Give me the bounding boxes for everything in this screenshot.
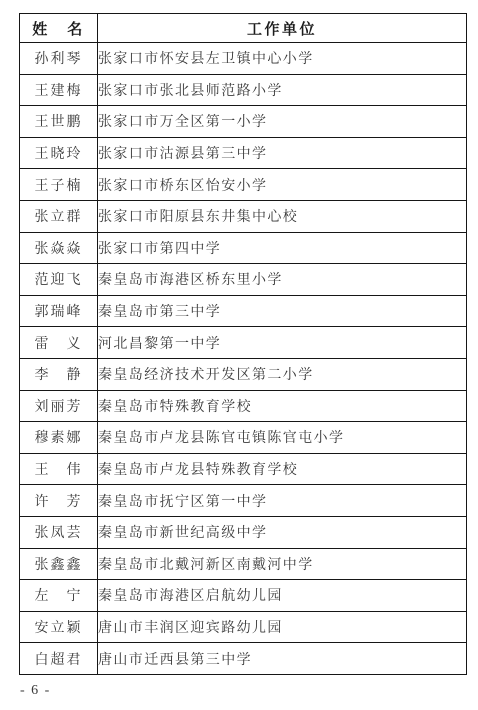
- unit-cell: 秦皇岛市卢龙县陈官屯镇陈官屯小学: [98, 422, 467, 454]
- name-cell: 张凤芸: [20, 516, 98, 548]
- unit-cell: 秦皇岛市第三中学: [98, 295, 467, 327]
- table-row: 王世鹏 张家口市万全区第一小学: [20, 106, 467, 138]
- name-cell: 左 宁: [20, 580, 98, 612]
- unit-cell: 河北昌黎第一中学: [98, 327, 467, 359]
- roster-table: 姓 名 工作单位 孙利琴 张家口市怀安县左卫镇中心小学 王建梅 张家口市张北县师…: [19, 13, 467, 675]
- name-cell: 白超君: [20, 643, 98, 675]
- table-row: 李 静 秦皇岛经济技术开发区第二小学: [20, 358, 467, 390]
- name-cell: 郭瑞峰: [20, 295, 98, 327]
- table-row: 白超君 唐山市迁西县第三中学: [20, 643, 467, 675]
- unit-cell: 秦皇岛市新世纪高级中学: [98, 516, 467, 548]
- table-row: 刘丽芳 秦皇岛市特殊教育学校: [20, 390, 467, 422]
- table-row: 王晓玲 张家口市沽源县第三中学: [20, 137, 467, 169]
- table-row: 王子楠 张家口市桥东区怡安小学: [20, 169, 467, 201]
- unit-cell: 秦皇岛市海港区桥东里小学: [98, 264, 467, 296]
- unit-cell: 秦皇岛市抚宁区第一中学: [98, 485, 467, 517]
- unit-cell: 秦皇岛市特殊教育学校: [98, 390, 467, 422]
- unit-cell: 秦皇岛市北戴河新区南戴河中学: [98, 548, 467, 580]
- table-row: 张立群 张家口市阳原县东井集中心校: [20, 200, 467, 232]
- name-cell: 雷 义: [20, 327, 98, 359]
- name-cell: 王世鹏: [20, 106, 98, 138]
- unit-cell: 张家口市阳原县东井集中心校: [98, 200, 467, 232]
- unit-cell: 张家口市张北县师范路小学: [98, 74, 467, 106]
- unit-cell: 唐山市丰润区迎宾路幼儿园: [98, 611, 467, 643]
- table-row: 许 芳 秦皇岛市抚宁区第一中学: [20, 485, 467, 517]
- table-row: 穆素娜 秦皇岛市卢龙县陈官屯镇陈官屯小学: [20, 422, 467, 454]
- name-cell: 孙利琴: [20, 43, 98, 75]
- name-column-header: 姓 名: [20, 14, 98, 43]
- name-cell: 王晓玲: [20, 137, 98, 169]
- unit-cell: 秦皇岛市卢龙县特殊教育学校: [98, 453, 467, 485]
- name-cell: 王建梅: [20, 74, 98, 106]
- name-cell: 许 芳: [20, 485, 98, 517]
- name-cell: 李 静: [20, 358, 98, 390]
- unit-cell: 张家口市沽源县第三中学: [98, 137, 467, 169]
- table-row: 安立颖 唐山市丰润区迎宾路幼儿园: [20, 611, 467, 643]
- name-cell: 王子楠: [20, 169, 98, 201]
- page-number: - 6 -: [20, 683, 51, 699]
- table-row: 王 伟 秦皇岛市卢龙县特殊教育学校: [20, 453, 467, 485]
- unit-column-header: 工作单位: [98, 14, 467, 43]
- table-row: 郭瑞峰 秦皇岛市第三中学: [20, 295, 467, 327]
- table-row: 范迎飞 秦皇岛市海港区桥东里小学: [20, 264, 467, 296]
- table-row: 雷 义 河北昌黎第一中学: [20, 327, 467, 359]
- unit-cell: 唐山市迁西县第三中学: [98, 643, 467, 675]
- unit-cell: 秦皇岛市海港区启航幼儿园: [98, 580, 467, 612]
- document-page: 姓 名 工作单位 孙利琴 张家口市怀安县左卫镇中心小学 王建梅 张家口市张北县师…: [0, 0, 478, 710]
- table-header-row: 姓 名 工作单位: [20, 14, 467, 43]
- table-row: 张凤芸 秦皇岛市新世纪高级中学: [20, 516, 467, 548]
- unit-cell: 张家口市万全区第一小学: [98, 106, 467, 138]
- table-row: 孙利琴 张家口市怀安县左卫镇中心小学: [20, 43, 467, 75]
- unit-cell: 张家口市怀安县左卫镇中心小学: [98, 43, 467, 75]
- name-cell: 张鑫鑫: [20, 548, 98, 580]
- name-cell: 穆素娜: [20, 422, 98, 454]
- name-cell: 王 伟: [20, 453, 98, 485]
- table-row: 王建梅 张家口市张北县师范路小学: [20, 74, 467, 106]
- name-cell: 张焱焱: [20, 232, 98, 264]
- name-cell: 刘丽芳: [20, 390, 98, 422]
- name-cell: 安立颖: [20, 611, 98, 643]
- name-cell: 张立群: [20, 200, 98, 232]
- unit-cell: 秦皇岛经济技术开发区第二小学: [98, 358, 467, 390]
- table-row: 左 宁 秦皇岛市海港区启航幼儿园: [20, 580, 467, 612]
- unit-cell: 张家口市桥东区怡安小学: [98, 169, 467, 201]
- table-row: 张焱焱 张家口市第四中学: [20, 232, 467, 264]
- unit-cell: 张家口市第四中学: [98, 232, 467, 264]
- name-cell: 范迎飞: [20, 264, 98, 296]
- table-row: 张鑫鑫 秦皇岛市北戴河新区南戴河中学: [20, 548, 467, 580]
